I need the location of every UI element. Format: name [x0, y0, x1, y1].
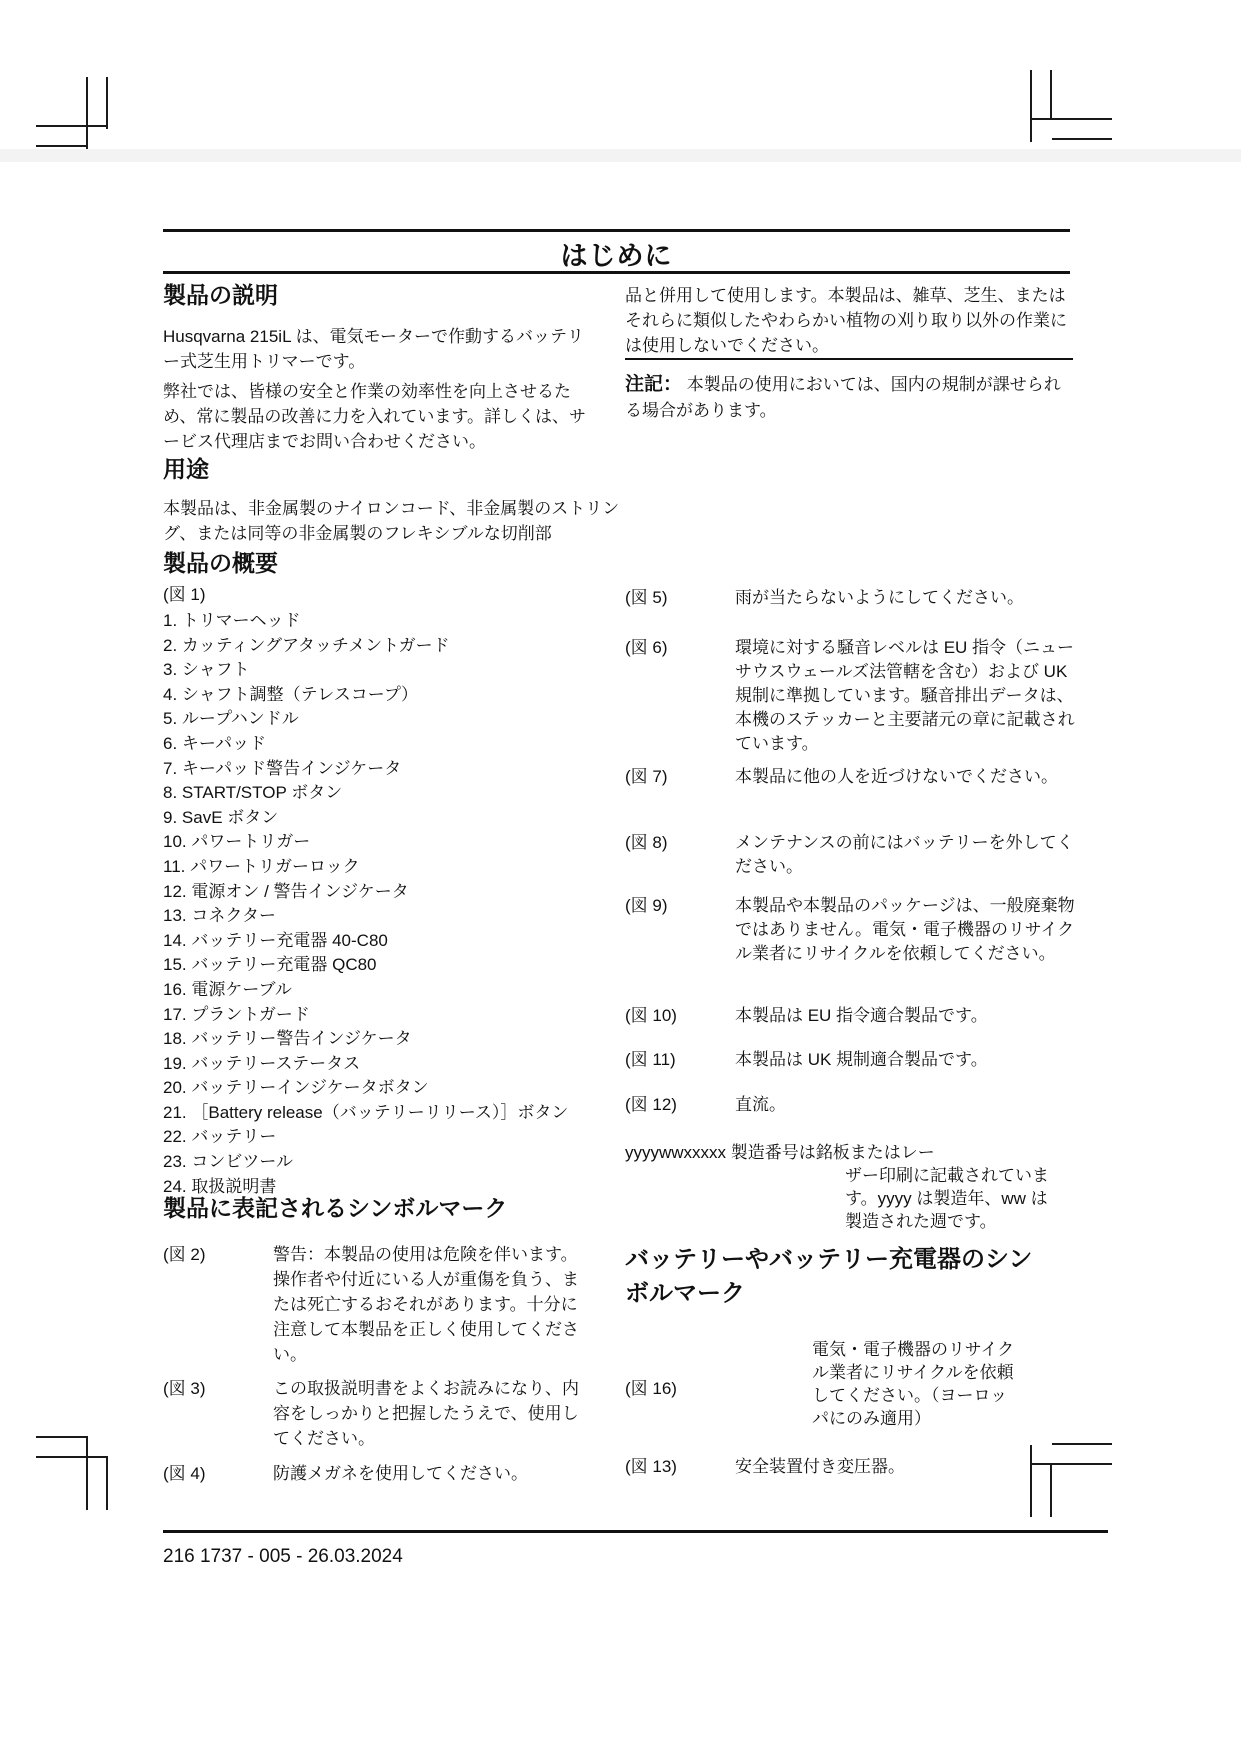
symbol-row: (図 9) 本製品や本製品のパッケージは、一般廃棄物ではありません。電気・電子機…: [625, 894, 1075, 966]
symbol-description: 環境に対する騒音レベルは EU 指令（ニューサウスウェールズ法管轄を含む）および…: [735, 636, 1075, 756]
figure-label: (図 7): [625, 765, 735, 789]
intended-use-continuation: 品と併用して使用します。本製品は、雑草、芝生、またはそれらに類似したやわらかい植…: [625, 283, 1073, 358]
note-label: 注記：: [625, 374, 682, 395]
crop-mark-top-right: [1032, 118, 1112, 120]
note-divider: [625, 358, 1073, 360]
symbol-description: 本製品は EU 指令適合製品です。: [735, 1004, 1075, 1028]
section-heading-product-overview: 製品の概要: [163, 549, 278, 577]
figure-label: (図 2): [163, 1242, 273, 1367]
list-item: パワートリガー: [163, 830, 683, 855]
list-item: カッティングアタッチメントガード: [163, 634, 683, 659]
header-rule-top: [163, 229, 1070, 232]
crop-mark-bottom-left: [36, 1456, 108, 1458]
serial-code: yyyywwxxxxx: [625, 1143, 726, 1162]
crop-mark-top-left: [36, 125, 108, 127]
crop-mark-top-left: [36, 145, 88, 147]
symbol-description: 本製品は UK 規制適合製品です。: [735, 1048, 1075, 1072]
list-item: コネクター: [163, 904, 683, 929]
list-item: バッテリーステータス: [163, 1052, 683, 1077]
figure-reference: (図 1): [163, 584, 206, 606]
section-heading-intended-use: 用途: [163, 455, 209, 483]
figure-label: (図 3): [163, 1376, 273, 1451]
product-description-paragraph: 弊社では、皆様の安全と作業の効率性を向上させるため、常に製品の改善に力を入れてい…: [163, 379, 595, 454]
symbol-description: この取扱説明書をよくお読みになり、内容をしっかりと把握したうえで、使用してくださ…: [273, 1376, 588, 1451]
crop-mark-bottom-left: [106, 1458, 108, 1510]
list-item: パワートリガーロック: [163, 855, 683, 880]
symbol-row: (図 11) 本製品は UK 規制適合製品です。: [625, 1048, 1075, 1072]
symbol-row: (図 7) 本製品に他の人を近づけないでください。: [625, 765, 1075, 789]
figure-label: (図 6): [625, 636, 735, 756]
symbol-row: (図 13) 安全装置付き変圧器。: [625, 1455, 1075, 1479]
list-item: シャフト: [163, 658, 683, 683]
symbol-row: (図 6) 環境に対する騒音レベルは EU 指令（ニューサウスウェールズ法管轄を…: [625, 636, 1075, 756]
section-heading-symbols-on-product: 製品に表記されるシンボルマーク: [163, 1194, 507, 1222]
chapter-title: はじめに: [163, 234, 1070, 273]
symbol-description: 警告：本製品の使用は危険を伴います。操作者や付近にいる人が重傷を負う、または死亡…: [273, 1242, 588, 1367]
footer-rule: [163, 1530, 1108, 1533]
symbol-row: (図 8) メンテナンスの前にはバッテリーを外してください。: [625, 831, 1075, 879]
manual-page: はじめに 製品の説明 Husqvarna 215iL は、電気モーターで作動する…: [0, 0, 1241, 1754]
list-item: トリマーヘッド: [163, 609, 683, 634]
symbol-row: (図 12) 直流。: [625, 1093, 1075, 1117]
crop-mark-bottom-right: [1052, 1443, 1112, 1445]
product-description-paragraph: Husqvarna 215iL は、電気モーターで作動するバッテリー式芝生用トリ…: [163, 324, 595, 374]
list-item: バッテリーインジケータボタン: [163, 1076, 683, 1101]
symbol-row: (図 10) 本製品は EU 指令適合製品です。: [625, 1004, 1075, 1028]
list-item: 電源オン / 警告インジケータ: [163, 880, 683, 905]
figure-label: (図 5): [625, 586, 735, 610]
symbol-row: (図 4) 防護メガネを使用してください。: [163, 1461, 588, 1486]
header-rule-bottom: [163, 271, 1070, 274]
serial-number-note: yyyywwxxxxx 製造番号は銘板またはレー ザー印刷に記載されています。y…: [625, 1141, 1075, 1233]
list-item: キーパッド: [163, 732, 683, 757]
list-item: キーパッド警告インジケータ: [163, 757, 683, 782]
crop-mark-top-left: [106, 77, 108, 129]
crop-mark-top-right: [1052, 138, 1112, 140]
figure-label: (図 12): [625, 1093, 735, 1117]
list-item: バッテリー警告インジケータ: [163, 1027, 683, 1052]
scan-artifact-band: [0, 149, 1241, 162]
symbol-description: 電気・電子機器のリサイクル業者にリサイクルを依頼してください。（ヨーロッパにのみ…: [812, 1338, 1022, 1430]
symbol-row: (図 3) この取扱説明書をよくお読みになり、内容をしっかりと把握したうえで、使…: [163, 1376, 588, 1451]
list-item: シャフト調整（テレスコープ）: [163, 683, 683, 708]
intended-use-paragraph: 本製品は、非金属製のナイロンコード、非金属製のストリング、または同等の非金属製の…: [163, 496, 621, 546]
crop-mark-top-right: [1030, 70, 1032, 142]
section-heading-battery-symbols: バッテリーやバッテリー充電器のシンボルマーク: [625, 1243, 1055, 1311]
list-item: 電源ケーブル: [163, 978, 683, 1003]
symbol-description: 本製品に他の人を近づけないでください。: [735, 765, 1075, 789]
regulation-note: 注記： 本製品の使用においては、国内の規制が課せられる場合があります。: [625, 372, 1073, 424]
symbol-row: (図 2) 警告：本製品の使用は危険を伴います。操作者や付近にいる人が重傷を負う…: [163, 1242, 588, 1367]
serial-number-line: yyyywwxxxxx 製造番号は銘板またはレー: [625, 1141, 1075, 1164]
crop-mark-top-right: [1050, 70, 1052, 120]
figure-label: (図 9): [625, 894, 735, 966]
symbol-row: (図 5) 雨が当たらないようにしてください。: [625, 586, 1075, 610]
serial-text-rest: ザー印刷に記載されています。yyyy は製造年、ww は製造された週です。: [845, 1164, 1063, 1233]
list-item: プラントガード: [163, 1003, 683, 1028]
document-number: 216 1737 - 005 - 26.03.2024: [163, 1546, 403, 1568]
figure-label: (図 4): [163, 1461, 273, 1486]
list-item: ［Battery release（バッテリーリリース）］ボタン: [163, 1101, 683, 1126]
section-heading-product-description: 製品の説明: [163, 281, 278, 309]
list-item: バッテリー: [163, 1125, 683, 1150]
serial-text-start: 製造番号は銘板またはレー: [731, 1143, 935, 1162]
figure-label: (図 16): [625, 1377, 735, 1401]
symbol-description: メンテナンスの前にはバッテリーを外してください。: [735, 831, 1075, 879]
list-item: コンビツール: [163, 1150, 683, 1175]
symbol-description: 雨が当たらないようにしてください。: [735, 586, 1075, 610]
figure-label: (図 13): [625, 1455, 735, 1479]
note-text: 本製品の使用においては、国内の規制が課せられる場合があります。: [625, 375, 1061, 420]
list-item: ループハンドル: [163, 707, 683, 732]
product-overview-list: トリマーヘッド カッティングアタッチメントガード シャフト シャフト調整（テレス…: [163, 609, 683, 1199]
symbol-description: 安全装置付き変圧器。: [735, 1455, 1075, 1479]
symbol-description: 本製品や本製品のパッケージは、一般廃棄物ではありません。電気・電子機器のリサイク…: [735, 894, 1075, 966]
symbol-description: 直流。: [735, 1093, 1075, 1117]
list-item: バッテリー充電器 40-C80: [163, 929, 683, 954]
crop-mark-bottom-left: [86, 1438, 88, 1510]
crop-mark-top-left: [86, 77, 88, 149]
list-item: START/STOP ボタン: [163, 781, 683, 806]
figure-label: (図 10): [625, 1004, 735, 1028]
list-item: SavE ボタン: [163, 806, 683, 831]
figure-label: (図 11): [625, 1048, 735, 1072]
crop-mark-bottom-left: [36, 1436, 88, 1438]
figure-label: (図 8): [625, 831, 735, 879]
list-item: バッテリー充電器 QC80: [163, 953, 683, 978]
symbol-description: 防護メガネを使用してください。: [273, 1461, 588, 1486]
